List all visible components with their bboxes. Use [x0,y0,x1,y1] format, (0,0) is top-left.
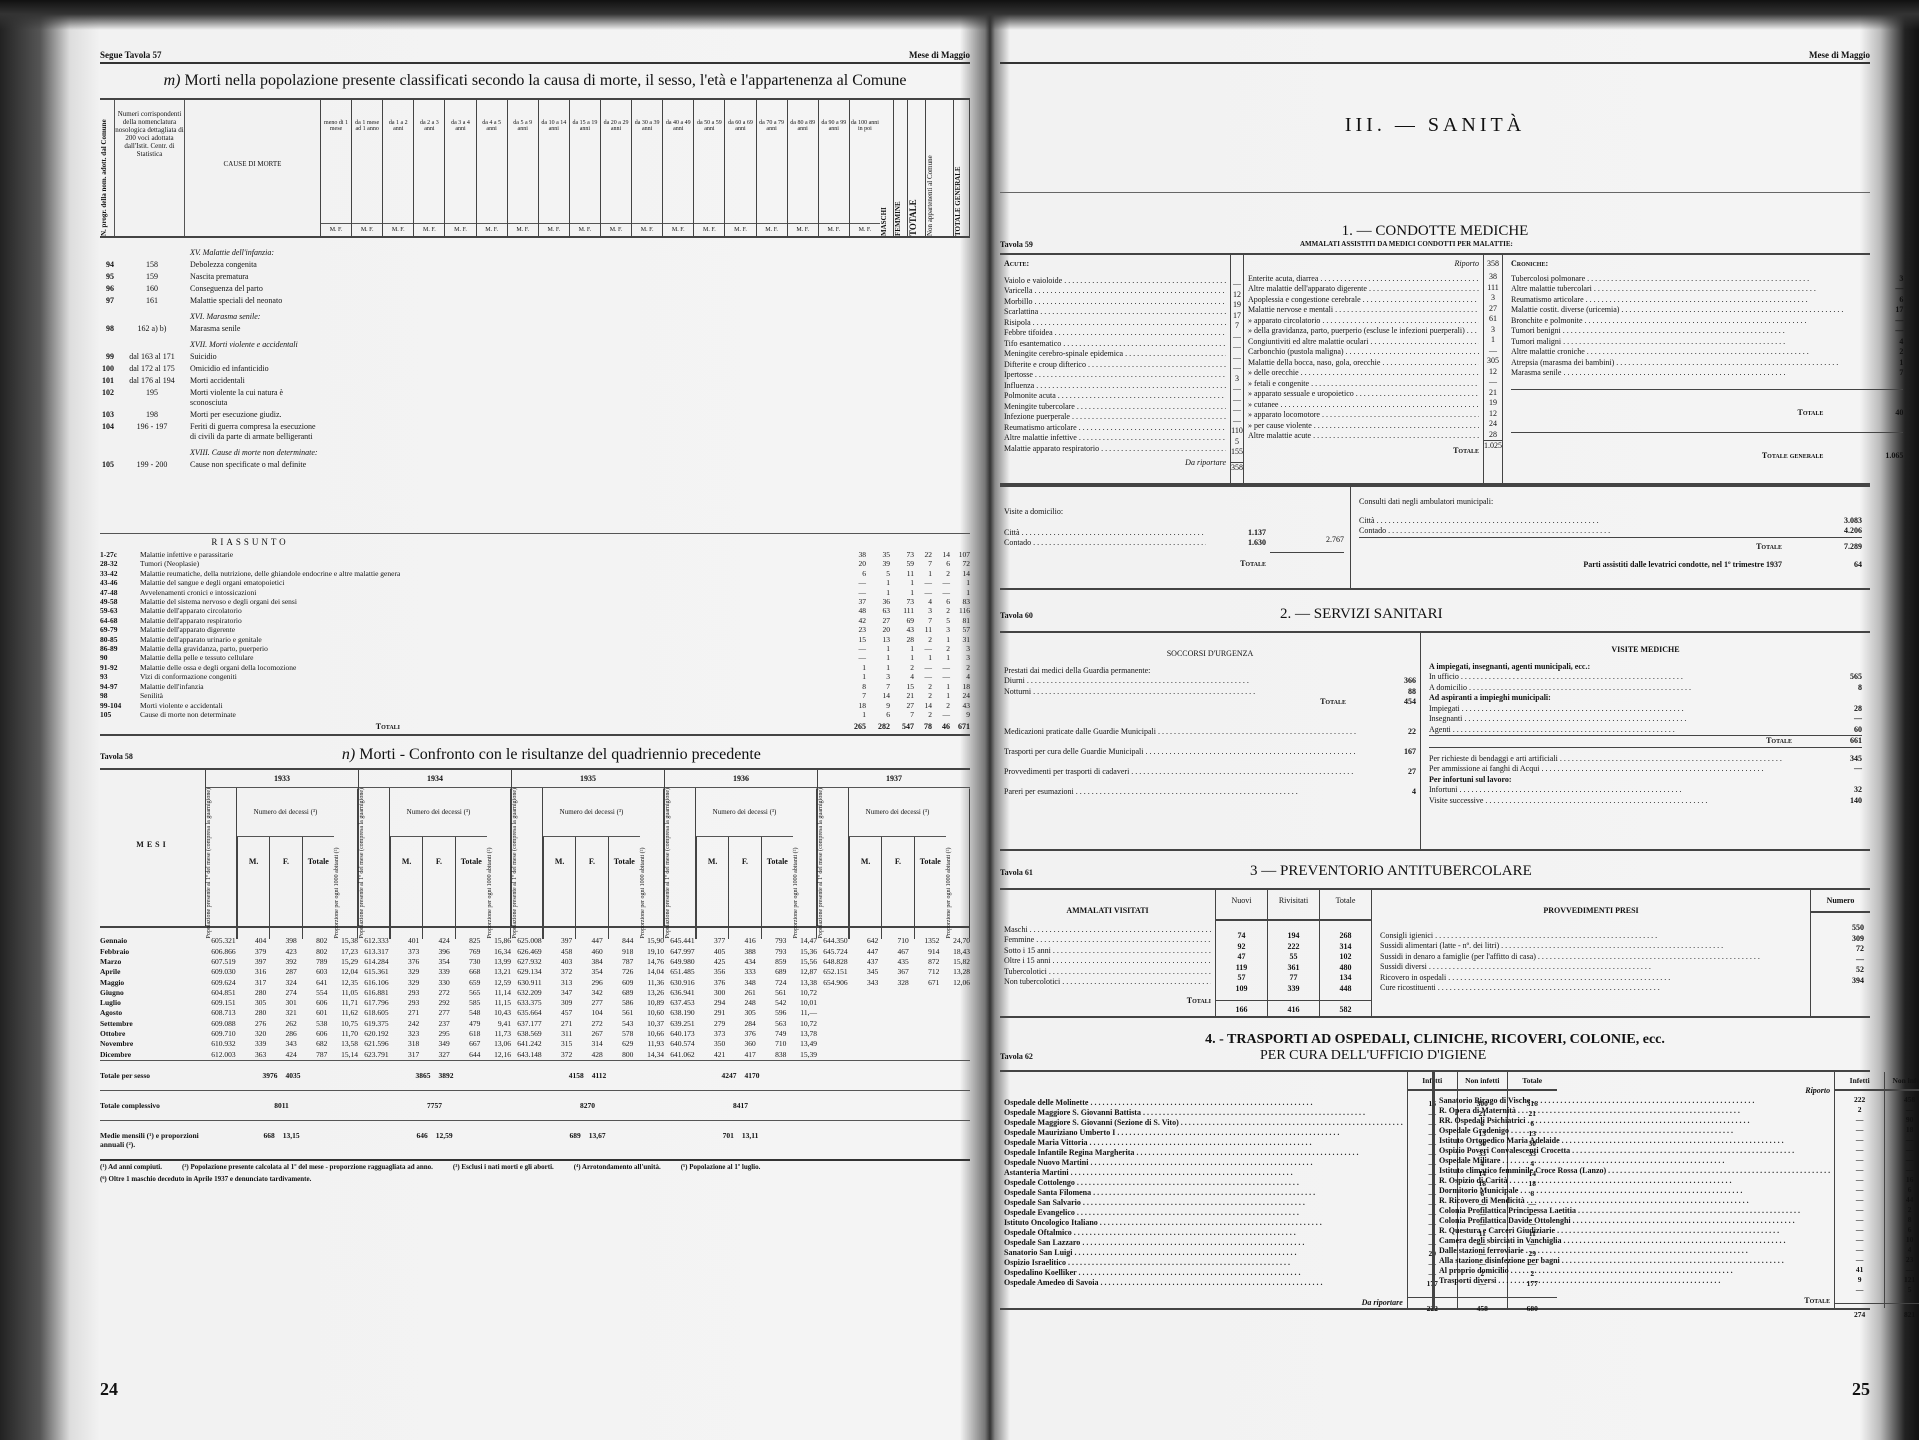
item-value: 305 [1484,356,1502,367]
cause-label: Marasma senile [190,324,320,334]
list-item: Sotto i 15 anni [1004,946,1211,957]
month-value: 641 [297,978,328,988]
item-value: — [1231,279,1243,290]
nprog: 99 [100,352,114,362]
maschi: 42 [842,616,866,625]
month-value: 648.828 [817,957,848,967]
item-label: Trasporti diversi [1439,1276,1830,1286]
transport-value: 18 [1885,1125,1919,1135]
medie-label: Medie mensili (¹) e proporzioni annuali … [100,1131,205,1149]
item-value: — [1231,353,1243,364]
item-value: 1 [1843,358,1903,369]
item-label: Influenza [1004,381,1226,392]
totale: 1 [890,578,914,587]
item-label: Impiegati [1429,704,1802,715]
list-item: Ospizio Israelitico [1004,1258,1403,1268]
item-value: 27 [1484,304,1502,315]
tot_gen: 81 [950,616,970,625]
maschi: — [842,588,866,597]
list-item: Altre malattie infettive [1004,433,1226,444]
item-value: 27 [1356,762,1416,782]
month-label: Marzo [100,957,205,967]
sex-f: F. [462,227,466,233]
prev-value: 74 [1216,931,1267,942]
tot-header: Totale [608,837,640,938]
range: 33-42 [100,569,140,578]
month-value: 604.851 [205,988,236,998]
transport-value: — [1835,1225,1884,1235]
item-label: Ospedale Gradenigo [1439,1126,1830,1136]
month-value: 10,75 [327,1019,358,1029]
item-label: Sanatorio Birago di Vische [1439,1096,1830,1106]
tot_gen: 3 [950,653,970,662]
list-item: Non tubercolotici [1004,977,1211,988]
totale: 4 [890,672,914,681]
nonapp_f: — [932,663,950,672]
running-head-left: Segue Tavola 57 [100,50,162,60]
range: 64-68 [100,616,140,625]
nprog: 96 [100,284,114,294]
age-column: da 10 a 14 anniM. F. [538,100,569,236]
month-value [878,1039,909,1049]
age-group-label: da 50 a 59 anni [694,100,724,132]
m-header: M. [543,837,575,938]
month-value: 11,93 [633,1039,664,1049]
totale: 59 [890,559,914,568]
item-label: Sanatorio San Luigi [1004,1248,1403,1258]
transport-value: — [1835,1165,1884,1175]
servizi-sanitari: SOCCORSI D'URGENZA Prestati dai medici d… [1000,631,1870,851]
age-group-label: da 30 a 39 anni [632,100,662,132]
item-value: 6 [1843,295,1903,306]
month-value: 710 [756,1039,787,1049]
femmine: 1 [866,663,890,672]
month-value: 286 [266,1029,297,1039]
cause: Avvelenamenti cronici e intossicazioni [140,588,400,597]
item-value: — [1843,284,1903,295]
item-label: » della gravidanza, parto, puerperio (es… [1248,326,1479,337]
item-label: Ospedale Militare [1439,1156,1830,1166]
nonapp_f: 3 [932,625,950,634]
femmine: 1 [866,578,890,587]
item-label: Colonia Profilattica Principessa Laetiti… [1439,1206,1830,1216]
cause-row: 102195Morti violente la cui natura è sco… [100,386,970,408]
transport-value: 16 [1885,1175,1919,1185]
month-value: 538 [297,1019,328,1029]
item-value: 155 [1231,447,1243,458]
sex-labels: M. F. [694,223,724,236]
transport-value: — [1885,1165,1919,1175]
item-label: » per cause violente [1248,421,1479,432]
month-value: 643.148 [511,1050,542,1060]
item-label: Congiuntiviti ed altre malattie oculari [1248,337,1479,348]
table58-header: MESI 1933Popolazione presente al 1º del … [100,768,970,928]
month-value: 726 [603,967,634,977]
nprog: 103 [100,410,114,420]
item-value: — [1231,332,1243,343]
totale: 1 [890,644,914,653]
totale: 28 [890,635,914,644]
item-label: Altre malattie dell'apparato digerente [1248,284,1479,295]
month-value: 1352 [909,936,940,946]
month-value: 316 [236,967,267,977]
month-value: 627.932 [511,957,542,967]
month-value: 802 [297,936,328,946]
total-value: 8417 [733,1101,748,1110]
pop-header: Popolazione presente al 1º del mese (com… [512,788,542,938]
nonapp_m: 1 [914,653,932,662]
month-value: 317 [236,978,267,988]
range: 28-32 [100,559,140,568]
item-label: Ospedale delle Molinette [1004,1098,1403,1108]
numero-label: Numero dei decessi (³) [696,788,793,836]
list-item: Tubercolosi polmonare3 [1511,274,1903,285]
tot_gen: 43 [950,701,970,710]
femmine: 1 [866,588,890,597]
list-item: Ospedale Nuovo Martini [1004,1158,1403,1168]
month-value [848,1019,879,1029]
nonapp_f: 2 [932,606,950,615]
tot-header: Totale [914,837,946,938]
sex-labels: M. F. [788,223,818,236]
item-label: Provvedimenti per trasporti di cadaveri [1004,762,1356,782]
transport-value: — [1835,1255,1884,1265]
month-row: Agosto608.71328032160111,62618.605271277… [100,1008,970,1018]
age-columns: meno di 1 meseM. F.da 1 mese ad 1 annoM.… [320,100,880,236]
range: 49-58 [100,597,140,606]
item-value: — [1231,405,1243,416]
age-column: da 2 a 3 anniM. F. [413,100,444,236]
age-group-label: da 60 a 69 anni [725,100,755,132]
month-row: Febbraio606.86637942380217,23613.3173733… [100,947,970,957]
transport-total: 821 [1885,1303,1919,1319]
item-value: 12 [1484,409,1502,420]
totale: 73 [890,550,914,559]
month-value: 16,34 [480,947,511,957]
riassunto-row: 47-48Avvelenamenti cronici e intossicazi… [100,588,970,597]
total-value: 4170 [745,1071,760,1080]
sex-m: M. [610,227,617,233]
month-value: 421 [695,1050,726,1060]
item-label: Difterite e croup difterico [1004,360,1226,371]
item-value: — [1231,363,1243,374]
item-label: » fetali e congenite [1248,379,1479,390]
riassunto-row: 99-104Morti violente e accidentali189271… [100,701,970,710]
nom-number: 199 - 200 [114,460,190,470]
maschi: 15 [842,635,866,644]
m-header: M. [849,837,881,938]
numero-header: Numero dei decessi (³)M.F.Totale [236,788,334,938]
tot_gen: 83 [950,597,970,606]
item-value: 7 [1231,321,1243,332]
list-item: Astanteria Martini [1004,1168,1403,1178]
month-value: 424 [419,936,450,946]
age-group-label: da 2 a 3 anni [414,100,444,132]
item-label: Dalle stazioni ferroviarie [1439,1246,1830,1256]
prev-value: 92 [1216,942,1267,953]
month-value [817,1029,848,1039]
month-value: 639.251 [664,1019,695,1029]
age-group-label: da 3 a 4 anni [445,100,475,132]
month-value: 623.791 [358,1050,389,1060]
list-item: Ospedale Gradenigo [1439,1126,1830,1136]
item-label: Al proprio domicilio [1439,1266,1830,1276]
item-label: Insegnanti [1429,714,1802,725]
list-item: Ospedalino Koelliker [1004,1268,1403,1278]
cause: Malattie dell'apparato digerente [140,625,400,634]
year-column: 1937Popolazione presente al 1º del mese … [817,770,970,926]
month-value: 11,70 [327,1029,358,1039]
month-value: 104 [572,1008,603,1018]
list-item: Malattie apparato respiratorio [1004,444,1226,455]
age-column: da 5 a 9 anniM. F. [507,100,538,236]
item-value: — [1484,377,1502,388]
month-value: 272 [419,988,450,998]
nonapp_m: 11 [914,625,932,634]
month-value: 373 [695,1029,726,1039]
item-label: Non tubercolotici [1004,977,1211,988]
list-item: Ospedale Evangelico [1004,1208,1403,1218]
item-value: 88 [1356,687,1416,698]
sex-labels: M. F. [601,223,631,236]
item-value: 5 [1231,437,1243,448]
age-group-label: da 40 a 49 anni [663,100,693,132]
prev-value: 268 [1320,931,1371,942]
m-header: M. [696,837,728,938]
item-value: 28 [1484,430,1502,441]
range: 99-104 [100,701,140,710]
nonapp_f: 1 [932,691,950,700]
item-value: 1.137 [1206,528,1266,539]
list-item: Congiuntiviti ed altre malattie oculari [1248,337,1479,348]
month-value [939,1039,970,1049]
list-item: Malattie della bocca, naso, gola, orecch… [1248,358,1479,369]
cause-row: 101dal 176 al 194Morti accidentali [100,374,970,386]
total-value: 4112 [592,1071,607,1080]
month-value: 632.209 [511,988,542,998]
prev-value: 55 [1268,952,1319,963]
list-item: Alla stazione disinfezione per bagni [1439,1256,1830,1266]
month-value: 13,21 [480,967,511,977]
item-value: 72 [1811,944,1864,955]
list-item: R. Questura e Carceri Giudiziarie [1439,1226,1830,1236]
month-value: 10,89 [633,998,664,1008]
cause-label: Suicidio [190,352,320,362]
list-item: Vaiolo e vaioloide [1004,276,1226,287]
list-item: Provvedimenti per trasporti di cadaveri2… [1004,762,1416,782]
age-group-label: da 90 a 99 anni [819,100,849,132]
list-item: In ufficio565 [1429,672,1862,683]
month-value: 641.062 [664,1050,695,1060]
sex-m: M. [423,227,430,233]
riassunto-totals: Totali 265 282 547 78 46 671 [100,719,970,736]
list-item: Trasporti per cura delle Guardie Municip… [1004,742,1416,762]
month-value: 586 [603,998,634,1008]
item-value: 394 [1811,976,1864,987]
range: 93 [100,672,140,681]
transport-value: 2 [1885,1205,1919,1215]
nom-number: 198 [114,410,190,420]
nom-number: 196 - 197 [114,422,190,442]
totale: 1 [890,588,914,597]
month-value: 10,01 [786,998,817,1008]
item-value: 8 [1802,683,1862,694]
year-column: 1936Popolazione presente al 1º del mese … [664,770,817,926]
item-label: Reumatismo articolare [1004,423,1226,434]
transport-value: — [1835,1145,1884,1155]
month-value: 18,43 [939,947,970,957]
list-item: Altre malattie croniche2 [1511,347,1903,358]
totale_per_sesso-label: Totale per sesso [100,1071,205,1080]
month-value: 651.485 [664,967,695,977]
month-value: 585 [450,998,481,1008]
total-value: 13,11 [742,1131,758,1140]
cause-row: 98162 a) b)Marasma senile [100,322,970,334]
item-label: Medicazioni praticate dalle Guardie Muni… [1004,722,1356,742]
month-value: 918 [603,947,634,957]
item-label: Carbonchio (pustola maligna) [1248,347,1479,358]
month-value: 348 [725,978,756,988]
month-value: 712 [909,967,940,977]
list-item: Per richieste di bendaggi e arti artific… [1429,754,1862,765]
transport-value: — [1835,1125,1884,1135]
item-label: RR. Ospedali Psichiatrici [1439,1116,1830,1126]
month-value: 618 [450,1029,481,1039]
list-item: R. Ricovero di Mendicità [1439,1196,1830,1206]
list-item: Malattie costit. diverse (uricemia)17 [1511,305,1903,316]
item-label: A domicilio [1429,683,1802,694]
f-header: F. [575,837,607,938]
table57-header: N. progr. della nom. adott. dal Comune N… [100,98,970,238]
f-header: F. [728,837,760,938]
section1-title: 1. — CONDOTTE MEDICHE [1000,223,1870,240]
month-value: 293 [389,998,420,1008]
totale: 73 [890,597,914,606]
numero-header: Numero dei decessi (³)M.F.Totale [848,788,946,938]
item-value: 2 [1843,347,1903,358]
list-item: Dormitorio Municipale [1439,1186,1830,1196]
month-value: 614.284 [358,957,389,967]
list-item: Pareri per esumazioni4 [1004,782,1416,802]
totale: 15 [890,682,914,691]
prev-col-header: Totale [1320,890,1371,921]
month-row: Settembre609.08827626253810,75619.375242… [100,1019,970,1029]
item-label: Ospedale Santa Filomena [1004,1188,1403,1198]
sex-labels: M. F. [383,223,413,236]
prev-value: 194 [1268,931,1319,942]
list-item: Colonia Profilattica Principessa Laetiti… [1439,1206,1830,1216]
month-value: 802 [297,947,328,957]
month-value: 276 [236,1019,267,1029]
nonapp_m: — [914,663,932,672]
month-value [909,1039,940,1049]
item-label: Camera degli sbirciati in Vanchiglia [1439,1236,1830,1246]
transport-value: 121 [1885,1275,1919,1285]
footnote: (⁶) Oltre 1 maschio deceduto in Aprile 1… [100,1175,311,1183]
month-value: 609.030 [205,967,236,977]
month-value: 271 [542,1019,573,1029]
month-value: 12,06 [939,978,970,988]
item-value: 52 [1811,965,1864,976]
cause: Malattie infettive e parassitarie [140,550,400,559]
month-value: 360 [725,1039,756,1049]
month-row: Ottobre609.71032028660611,70620.19232329… [100,1029,970,1039]
month-row: Giugno604.85128027455411,05616.881293272… [100,988,970,998]
running-head-right: Mese di Maggio [909,50,970,60]
item-value: 22 [1356,722,1416,742]
item-value: 3 [1484,325,1502,336]
prev-total: 416 [1268,1000,1319,1014]
item-label: Cure ricostituenti [1380,983,1802,994]
month-value [848,1029,879,1039]
item-label: Ricovero in ospedali [1380,973,1802,984]
cause-row: 95159Nascita prematura [100,270,970,282]
list-item: Camera degli sbirciati in Vanchiglia [1439,1236,1830,1246]
item-value: 3.083 [1802,516,1862,527]
list-item: Impiegati28 [1429,704,1862,715]
item-label: Ospedale Maria Vittoria [1004,1138,1403,1148]
list-item: Ospedale Infantile Regina Margherita [1004,1148,1403,1158]
list-item: R. Opera di Maternità [1439,1106,1830,1116]
range: 69-79 [100,625,140,634]
month-value: 379 [236,947,267,957]
list-item: Tubercolotici [1004,967,1211,978]
month-value: 640.574 [664,1039,695,1049]
month-value: 272 [572,1019,603,1029]
item-label: Febbre tifoidea [1004,328,1226,339]
cause: Vizi di conformazione congeniti [140,672,400,681]
cause: Malattie della pelle e tessuto cellulare [140,653,400,662]
item-label: Oltre i 15 anni [1004,956,1211,967]
prev-value: 119 [1216,963,1267,974]
month-value: 561 [603,1008,634,1018]
nprog: 105 [100,460,114,470]
item-value: 309 [1811,934,1864,945]
year-label: 1936 [665,770,817,788]
list-item: Sussidi diversi [1380,962,1802,973]
totale: 69 [890,616,914,625]
maschi: 18 [842,701,866,710]
item-label: Risipola [1004,318,1226,329]
month-value [878,1029,909,1039]
riassunto: RIASSUNTO 1-27cMalattie infettive e para… [100,533,970,736]
maschi: 6 [842,569,866,578]
totale: 27 [890,701,914,710]
month-label: Maggio [100,978,205,988]
month-value: 787 [297,1050,328,1060]
month-value: 12,35 [327,978,358,988]
month-value: 652.151 [817,967,848,977]
prop-header: Proporzione per ogni 1000 abitanti (²) [793,788,817,938]
footnote: (²) Popolazione presente calcolata al 1º… [182,1163,433,1171]
footnote: (⁵) Popolazione al 1º luglio. [681,1163,761,1171]
running-head: Mese di Maggio [1000,50,1870,64]
total-value: 13,15 [283,1131,300,1140]
month-value: 596 [756,1008,787,1018]
item-label: Pareri per esumazioni [1004,782,1356,802]
f-header: F. [881,837,913,938]
nonapp_f: — [932,578,950,587]
femmine: 13 [866,635,890,644]
totale: 2 [890,663,914,672]
femmine: 6 [866,710,890,719]
section-title: XVI. Marasma senile: [190,306,970,322]
item-label: Ospedale Maggiore S. Giovanni Battista [1004,1108,1403,1118]
month-value: 616.106 [358,978,389,988]
month-value: 318 [389,1039,420,1049]
sex-m: M. [703,227,710,233]
item-label: R. Opera di Maternità [1439,1106,1830,1116]
